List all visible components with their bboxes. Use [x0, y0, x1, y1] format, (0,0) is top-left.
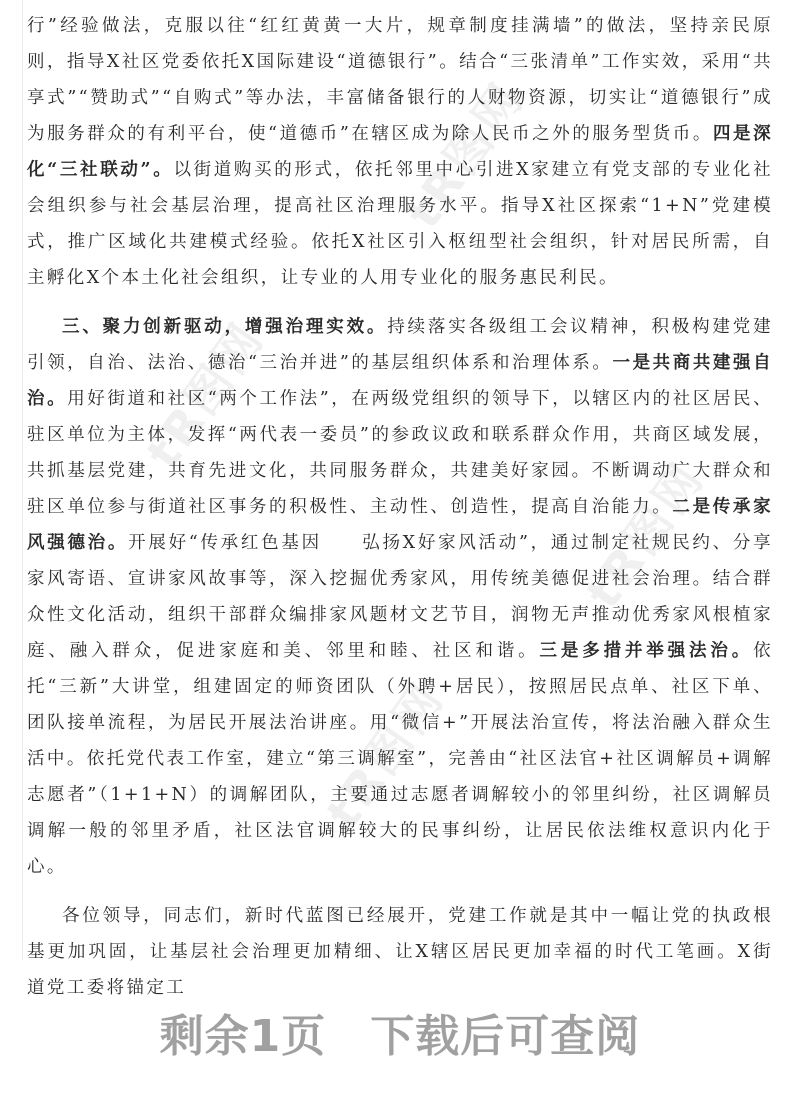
text-run: 行”经验做法，克服以往“红红黄黄一大片，规章制度挂满墙”的做法，坚持亲民原则，指…	[27, 16, 773, 144]
download-to-view-label: 下载后可查阅	[370, 1000, 640, 1064]
paragraph-1: 行”经验做法，克服以往“红红黄黄一大片，规章制度挂满墙”的做法，坚持亲民原则，指…	[27, 8, 773, 296]
page-margin-line	[22, 0, 23, 960]
paragraph-2: 三、聚力创新驱动，增强治理实效。持续落实各级组工会议精神，积极构建党建引领，自治…	[27, 309, 773, 885]
download-to-view-banner[interactable]: 剩余1页下载后可查阅	[0, 1000, 800, 1064]
text-run: 各位领导，同志们，新时代蓝图已经展开，党建工作就是其中一幅让党的执政根基更加巩固…	[27, 906, 773, 998]
paragraph-3: 各位领导，同志们，新时代蓝图已经展开，党建工作就是其中一幅让党的执政根基更加巩固…	[27, 898, 773, 1006]
section-heading-run: 三、聚力创新驱动，增强治理实效。	[62, 317, 387, 337]
text-run: 依托“三新”大讲堂，组建固定的师资团队（外聘+居民），按照居民点单、社区下单、团…	[27, 641, 773, 877]
text-run: 用好街道和社区“两个工作法”，在两级党组织的领导下，以辖区内的社区居民、驻区单位…	[27, 389, 773, 517]
document-page: tR图网 tR图网 tR图网 tR图网 行”经验做法，克服以往“红红黄黄一大片，…	[0, 0, 800, 1107]
document-body: 行”经验做法，克服以往“红红黄黄一大片，规章制度挂满墙”的做法，坚持亲民原则，指…	[27, 8, 773, 1006]
remaining-pages-label: 剩余1页	[160, 1000, 327, 1064]
bold-heading-run: 三是多措并举强法治。	[540, 641, 754, 661]
